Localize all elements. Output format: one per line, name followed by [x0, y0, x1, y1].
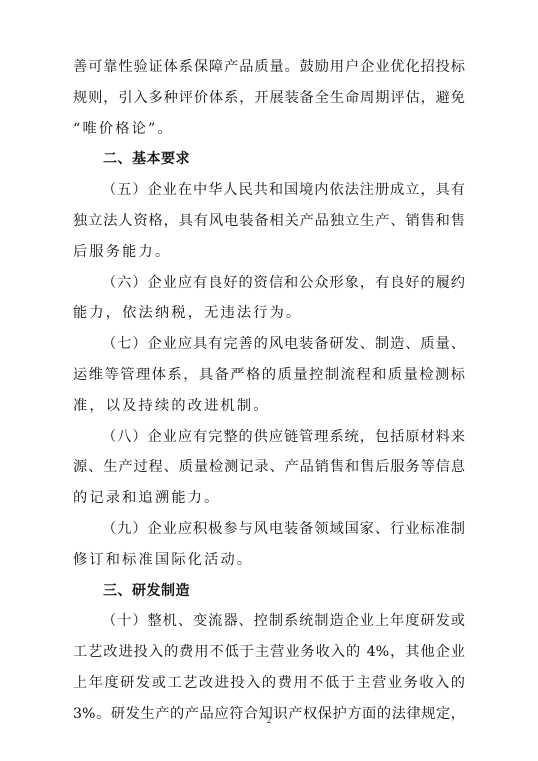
paragraph-7-line: 准，以及持续的改进机制。 [73, 391, 465, 422]
paragraph-6-line: （六）企业应有良好的资信和公众形象，有良好的履约 [73, 268, 465, 299]
paragraph-10-line: 工艺改进投入的费用不低于主营业务收入的 4%，其他企业 [73, 637, 465, 668]
paragraph-9-line: 修订和标准国际化活动。 [73, 545, 465, 576]
text-line: “唯价格论”。 [73, 114, 465, 145]
section-heading-basic-requirements: 二、基本要求 [73, 144, 465, 175]
paragraph-5-line: 独立法人资格，具有风电装备相关产品独立生产、销售和售 [73, 206, 465, 237]
paragraph-9-line: （九）企业应积极参与风电装备领域国家、行业标准制 [73, 514, 465, 545]
paragraph-6-line: 能力，依法纳税，无违法行为。 [73, 298, 465, 329]
section-heading-rd-manufacturing: 三、研发制造 [73, 576, 465, 607]
paragraph-8-line: 源、生产过程、质量检测记录、产品销售和售后服务等信息 [73, 452, 465, 483]
paragraph-5-line: 后服务能力。 [73, 237, 465, 268]
paragraph-5-line: （五）企业在中华人民共和国境内依法注册成立，具有 [73, 175, 465, 206]
paragraph-7-line: 运维等管理体系，具备严格的质量控制流程和质量检测标 [73, 360, 465, 391]
document-page: 善可靠性验证体系保障产品质量。鼓励用户企业优化招投标 规则，引入多种评价体系，开… [73, 52, 465, 730]
text-line: 规则，引入多种评价体系，开展装备全生命周期评估，避免 [73, 83, 465, 114]
paragraph-8-line: 的记录和追溯能力。 [73, 483, 465, 514]
paragraph-10-line: （十）整机、变流器、控制系统制造企业上年度研发或 [73, 606, 465, 637]
paragraph-7-line: （七）企业应具有完善的风电装备研发、制造、质量、 [73, 329, 465, 360]
paragraph-8-line: （八）企业应有完整的供应链管理系统，包括原材料来 [73, 422, 465, 453]
page-number: 2 [0, 715, 538, 725]
text-line: 善可靠性验证体系保障产品质量。鼓励用户企业优化招投标 [73, 52, 465, 83]
paragraph-10-line: 上年度研发或工艺改进投入的费用不低于主营业务收入的 [73, 668, 465, 699]
